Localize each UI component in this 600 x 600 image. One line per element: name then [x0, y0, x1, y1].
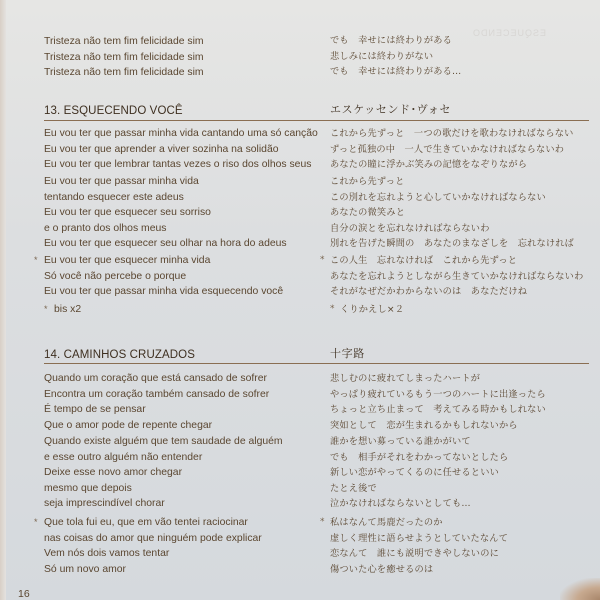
- lyric-line: seja imprescindível chorar: [44, 496, 334, 512]
- song-13-stanza-1-pt: Eu vou ter que passar minha vida cantand…: [44, 126, 334, 173]
- lyric-line: でも 幸せには終わりがある…: [330, 64, 590, 80]
- lyric-line: mesmo que depois: [44, 481, 334, 497]
- chorus-marker: *: [34, 515, 38, 531]
- lyric-line: ずっと孤独の中 一人で生きていかなければならないわ: [330, 142, 590, 158]
- lyric-line: Eu vou ter que esquecer seu sorriso: [44, 205, 334, 221]
- lyric-line: 泣かなければならないとしても…: [330, 496, 590, 512]
- lyric-line: 誰かを想い募っている誰かがいて: [330, 434, 590, 450]
- lyric-line: 別れを告げた瞬間の あなたのまなざしを 忘れなければ: [330, 236, 590, 252]
- lyric-line: Quando existe alguém que tem saudade de …: [44, 434, 334, 450]
- lyric-line: でも 相手がそれをわかってないとしたら: [330, 450, 590, 466]
- section-divider: [44, 120, 589, 121]
- lyric-line: 自分の涙とを忘れなければならないわ: [330, 221, 590, 237]
- booklet-page: ESQUECENDO Tristeza não tem fim felicida…: [0, 0, 600, 600]
- lyric-line: Tristeza não tem fim felicidade sim: [44, 34, 334, 50]
- lyric-line: 悲しみには終わりがない: [330, 49, 590, 65]
- song-14-stanza-2-pt: Quando existe alguém que tem saudade de …: [44, 434, 334, 512]
- song-13-chorus-pt: *Eu vou ter que esquecer minha vida Só v…: [44, 253, 334, 300]
- song-title-jp: 十字路: [330, 347, 365, 360]
- lyric-line: Eu vou ter que passar minha vida: [44, 174, 334, 190]
- lyric-line: É tempo de se pensar: [44, 402, 334, 418]
- lyric-line: Só você não percebe o porque: [44, 269, 334, 285]
- lyric-line: Eu vou ter que lembrar tantas vezes o ri…: [44, 157, 334, 173]
- lyric-line: あなたの微笑みと: [330, 205, 590, 221]
- chorus-first-line: *この人生 忘れなければ これから先ずっと: [330, 253, 590, 269]
- lyric-line: それがなぜだかわからないのは あなただけね: [330, 284, 590, 300]
- repeat-note: *bis x2: [54, 302, 344, 318]
- song-title: 13. ESQUECENDO VOCÊ: [44, 105, 183, 117]
- chorus-first-line: *Que tola fui eu, que em vão tentei raci…: [44, 515, 334, 531]
- song-14-stanza-1-pt: Quando um coração que está cansado de so…: [44, 371, 334, 433]
- chorus-first-line: *私はなんて馬鹿だったのか: [330, 515, 590, 531]
- song-13-title-pt: 13. ESQUECENDO VOCÊ: [44, 101, 334, 119]
- lyric-line: Eu vou ter que passar minha vida esquece…: [44, 284, 334, 300]
- song-13-repeat-jp: *くりかえし×２: [340, 302, 600, 318]
- song-13-repeat-pt: *bis x2: [54, 302, 344, 318]
- lyric-line: 新しい恋がやってくるのに任せるといい: [330, 465, 590, 481]
- chorus-marker: *: [320, 253, 325, 269]
- lyric-line: e o pranto dos olhos meus: [44, 221, 334, 237]
- chorus-first-line: *Eu vou ter que esquecer minha vida: [44, 253, 334, 269]
- song-14-chorus-pt: *Que tola fui eu, que em vão tentei raci…: [44, 515, 334, 577]
- page-edge: [0, 0, 6, 600]
- lyric-line: e esse outro alguém não entender: [44, 450, 334, 466]
- lyric-line: でも 幸せには終わりがある: [330, 33, 590, 49]
- lyric-line: 突如として 恋が生まれるかもしれないから: [330, 418, 590, 434]
- lyric-line: Deixe esse novo amor chegar: [44, 465, 334, 481]
- lyric-line: Quando um coração que está cansado de so…: [44, 371, 334, 387]
- lyric-line: nas coisas do amor que ninguém pode expl…: [44, 531, 334, 547]
- song-14-stanza-2-jp: 誰かを想い募っている誰かがいて でも 相手がそれをわかってないとしたら 新しい恋…: [330, 434, 590, 512]
- song-13-stanza-2-jp: これから先ずっと この別れを忘れようと心していかなければならない あなたの微笑み…: [330, 174, 590, 252]
- lyric-line: これから先ずっと 一つの歌だけを歌わなければならない: [330, 126, 590, 142]
- song-title: 14. CAMINHOS CRUZADOS: [44, 349, 195, 361]
- intro-lyrics-pt: Tristeza não tem fim felicidade sim Tris…: [44, 34, 334, 81]
- song-14-stanza-1-jp: 悲しむのに疲れてしまったハートが やっぱり疲れているもう一つのハートに出逢ったら…: [330, 371, 590, 433]
- lyric-line: Eu vou ter que aprender a viver sozinha …: [44, 142, 334, 158]
- lyric-line: これから先ずっと: [330, 174, 590, 190]
- chorus-marker: *: [34, 253, 38, 269]
- lyric-line: tentando esquecer este adeus: [44, 190, 334, 206]
- lyric-line: Tristeza não tem fim felicidade sim: [44, 65, 334, 81]
- song-14-chorus-jp: *私はなんて馬鹿だったのか 虚しく理性に語らせようとしていたなんて 恋なんて 誰…: [330, 515, 590, 577]
- repeat-marker: *: [44, 302, 48, 318]
- song-13-chorus-jp: *この人生 忘れなければ これから先ずっと あなたを忘れようとしながら生きていか…: [330, 253, 590, 300]
- lyric-line: Vem nós dois vamos tentar: [44, 546, 334, 562]
- lyric-line: この別れを忘れようと心していかなければならない: [330, 190, 590, 206]
- lyric-line: Encontra um coração também cansado de so…: [44, 387, 334, 403]
- song-title-jp: エスケッセンド･ヴォセ: [330, 103, 451, 116]
- lyric-line: Eu vou ter que passar minha vida cantand…: [44, 126, 334, 142]
- lyric-line: Só um novo amor: [44, 562, 334, 578]
- lyric-line: 傷ついた心を癒せるのは: [330, 562, 590, 578]
- song-14-title-jp: 十字路: [330, 344, 590, 362]
- page-number: 16: [18, 588, 30, 600]
- song-13-title-jp: エスケッセンド･ヴォセ: [330, 100, 590, 118]
- repeat-marker: *: [330, 302, 335, 318]
- song-14-title-pt: 14. CAMINHOS CRUZADOS: [44, 345, 334, 363]
- repeat-note: *くりかえし×２: [340, 302, 600, 318]
- lyric-line: ちょっと立ち止まって 考えてみる時かもしれない: [330, 402, 590, 418]
- lyric-line: あなたの瞳に浮かぶ笑みの記憶をなぞりながら: [330, 157, 590, 173]
- lyric-line: 恋なんて 誰にも説明できやしないのに: [330, 546, 590, 562]
- lyric-line: Que o amor pode de repente chegar: [44, 418, 334, 434]
- page-corner-shadow: [560, 578, 600, 600]
- lyric-line: Eu vou ter que esquecer seu olhar na hor…: [44, 236, 334, 252]
- lyric-line: あなたを忘れようとしながら生きていかなければならないわ: [330, 269, 590, 285]
- lyric-line: 悲しむのに疲れてしまったハートが: [330, 371, 590, 387]
- chorus-marker: *: [320, 515, 325, 531]
- lyric-line: Tristeza não tem fim felicidade sim: [44, 50, 334, 66]
- lyric-line: 虚しく理性に語らせようとしていたなんて: [330, 531, 590, 547]
- song-13-stanza-2-pt: Eu vou ter que passar minha vida tentand…: [44, 174, 334, 252]
- intro-lyrics-jp: でも 幸せには終わりがある 悲しみには終わりがない でも 幸せには終わりがある…: [330, 33, 590, 80]
- lyric-line: やっぱり疲れているもう一つのハートに出逢ったら: [330, 387, 590, 403]
- section-divider: [44, 363, 589, 364]
- lyric-line: たとえ後で: [330, 481, 590, 497]
- song-13-stanza-1-jp: これから先ずっと 一つの歌だけを歌わなければならない ずっと孤独の中 一人で生き…: [330, 126, 590, 173]
